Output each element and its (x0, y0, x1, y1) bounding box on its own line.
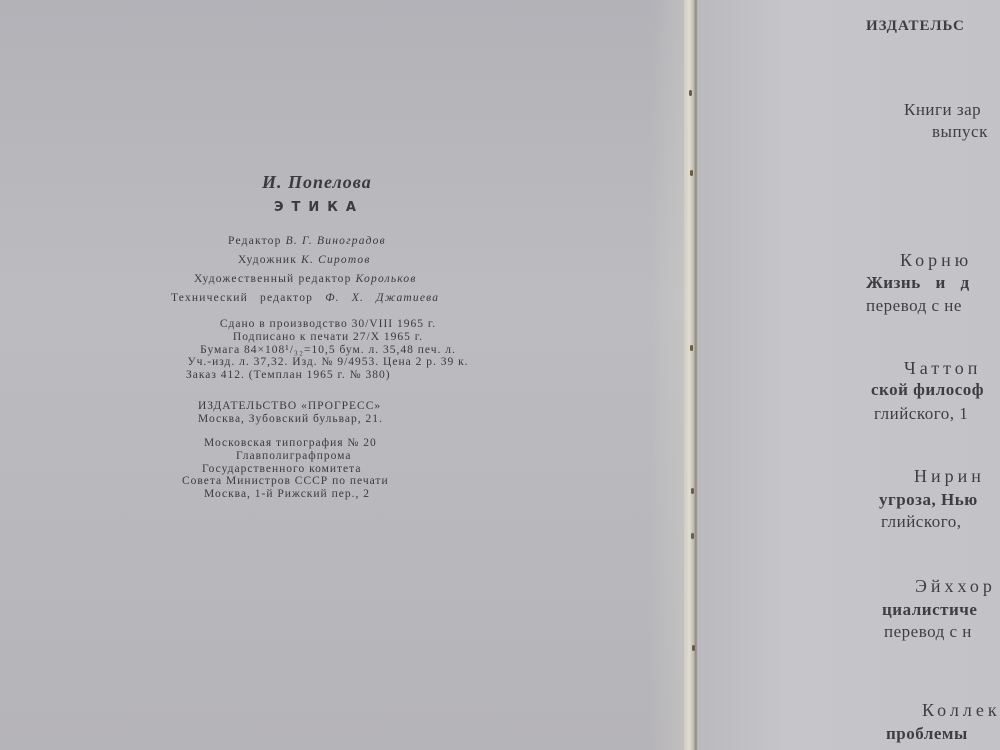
credit-editor: Редактор В. Г. Виноградов (228, 235, 386, 247)
print-line: Бумага 84×108¹/₃₂=10,5 бум. л. 35,48 печ… (158, 344, 498, 357)
intro-line: Книги зар (904, 100, 981, 120)
entry-author: Коллект (922, 700, 1000, 721)
entry-line: ской философ (871, 380, 984, 400)
entry-line: глийского, (881, 512, 962, 532)
right-heading: ИЗДАТЕЛЬС (866, 18, 965, 35)
entry-author: Корню (900, 250, 972, 271)
left-page: И. Попелова ЭТИКА Редактор В. Г. Виногра… (0, 0, 690, 750)
credit-name: В. Г. Виноградов (286, 235, 386, 247)
print-line: Сдано в производство 30/VIII 1965 г. (158, 318, 498, 331)
entry-line: угроза, Нью (879, 490, 978, 510)
publisher-info: ИЗДАТЕЛЬСТВО «ПРОГРЕСС» Москва, Зубовски… (198, 400, 438, 426)
printer-line: Государственного комитета (182, 463, 472, 476)
entry-line: перевод с не (866, 296, 962, 316)
binding-mark (690, 170, 693, 176)
binding-mark (690, 345, 693, 351)
entry-line: перевод с н (884, 622, 972, 642)
print-line: Заказ 412. (Темплан 1965 г. № 380) (158, 369, 498, 382)
credit-name: К. Сиротов (301, 254, 370, 266)
credit-art-editor: Художественный редактор Корольков (194, 273, 417, 285)
intro-line: выпуск (932, 122, 988, 142)
entry-line: циалистиче (882, 600, 977, 620)
credit-artist: Художник К. Сиротов (238, 254, 371, 266)
book-author: И. Попелова (262, 172, 372, 193)
entry-author: Чаттоп (904, 358, 981, 379)
print-line: Подписано к печати 27/X 1965 г. (158, 331, 498, 344)
credit-tech-editor: Технический редактор Ф. Х. Джатиева (171, 292, 439, 304)
binding-mark (691, 533, 694, 539)
binding-mark (689, 90, 692, 96)
print-details: Сдано в производство 30/VIII 1965 г. Под… (158, 318, 498, 382)
printer-line: Главполиграфпрома (182, 450, 472, 463)
credit-name: Ф. Х. Джатиева (325, 292, 439, 304)
printer-line: Совета Министров СССР по печати (182, 475, 472, 488)
entry-author: Эйххор (915, 576, 996, 597)
binding-mark (691, 488, 694, 494)
book-title: ЭТИКА (274, 200, 364, 215)
publisher-address: Москва, Зубовский бульвар, 21. (198, 413, 438, 426)
credit-role: Технический редактор (171, 292, 313, 304)
credit-role: Художественный редактор (194, 273, 352, 285)
book-spine (684, 0, 698, 750)
entry-line: глийского, 1 (874, 404, 968, 424)
print-line: Уч.-изд. л. 37,32. Изд. № 9/4953. Цена 2… (158, 356, 498, 369)
printer-info: Московская типография № 20 Главполиграфп… (182, 437, 472, 501)
credit-name: Корольков (356, 273, 417, 285)
credit-role: Художник (238, 254, 297, 266)
credit-role: Редактор (228, 235, 282, 247)
entry-author: Нирин (914, 466, 985, 487)
entry-line: Жизнь и д (866, 273, 970, 293)
printer-line: Москва, 1-й Рижский пер., 2 (182, 488, 472, 501)
printer-line: Московская типография № 20 (182, 437, 472, 450)
publisher-name: ИЗДАТЕЛЬСТВО «ПРОГРЕСС» (198, 400, 438, 413)
entry-line: проблемы (886, 724, 968, 744)
binding-mark (692, 645, 695, 651)
